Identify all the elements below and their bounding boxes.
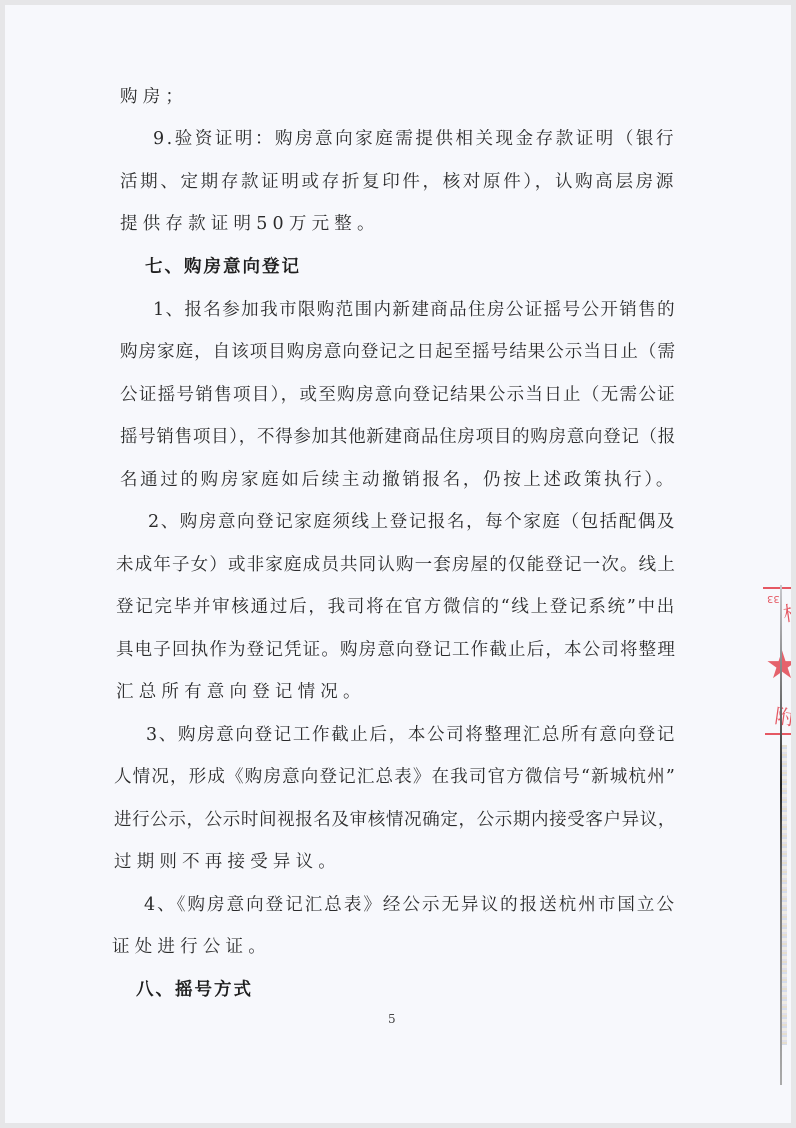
section-heading: 七、购房意向登记 (145, 253, 301, 278)
page-number: 5 (388, 1012, 396, 1026)
paragraph-line: 4、《购房意向登记汇总表》经公示无异议的报送杭州市国立公 (144, 891, 676, 916)
stamp-border-top (763, 587, 791, 589)
paragraph-line: 2、购房意向登记家庭须线上登记报名，每个家庭（包括配偶及 (148, 508, 676, 533)
paragraph-line: 1、报名参加我市限购范围内新建商品住房公证摇号公开销售的 (153, 296, 676, 321)
paragraph-line: 登记完毕并审核通过后，我司将在官方微信的“线上登记系统”中出 (116, 593, 676, 618)
paragraph-line: 购房家庭，自该项目购房意向登记之日起至摇号结果公示当日止（需 (120, 338, 676, 363)
stamp-border-bottom (765, 733, 791, 735)
scan-edge-noise (782, 745, 787, 1045)
paragraph-line: 过期则不再接受异议。 (114, 848, 341, 873)
paragraph-line: 汇总所有意向登记情况。 (116, 678, 366, 703)
paragraph-line: 购房； (120, 83, 188, 108)
star-icon: ★ (765, 643, 791, 687)
stamp-char-top: 杭 (781, 596, 791, 628)
red-seal-stamp: 33 杭 ★ 附 (763, 583, 791, 749)
stamp-code: 33 (767, 593, 780, 604)
paragraph-line: 提供存款证明50万元整。 (120, 210, 380, 235)
section-heading: 八、摇号方式 (136, 976, 253, 1001)
paragraph-line: 9.验资证明：购房意向家庭需提供相关现金存款证明（银行 (153, 125, 676, 150)
stamp-char-bottom: 附 (773, 700, 791, 732)
paragraph-line: 人情况，形成《购房意向登记汇总表》在我司官方微信号“新城杭州” (114, 763, 676, 788)
paragraph-line: 活期、定期存款证明或存折复印件，核对原件），认购高层房源 (120, 168, 676, 193)
paragraph-line: 摇号销售项目），不得参加其他新建商品住房项目的购房意向登记（报 (120, 423, 676, 448)
document-page: 购房；9.验资证明：购房意向家庭需提供相关现金存款证明（银行活期、定期存款证明或… (5, 5, 791, 1123)
paragraph-line: 名通过的购房家庭如后续主动撤销报名，仍按上述政策执行）。 (120, 466, 676, 491)
paragraph-line: 进行公示，公示时间视报名及审核情况确定，公示期内接受客户异议， (114, 806, 676, 831)
paragraph-line: 具电子回执作为登记凭证。购房意向登记工作截止后，本公司将整理 (116, 636, 676, 661)
paragraph-line: 公证摇号销售项目），或至购房意向登记结果公示当日止（无需公证 (120, 381, 676, 406)
paragraph-line: 未成年子女）或非家庭成员共同认购一套房屋的仅能登记一次。线上 (116, 551, 676, 576)
paragraph-line: 3、购房意向登记工作截止后，本公司将整理汇总所有意向登记 (146, 721, 676, 746)
paragraph-line: 证处进行公证。 (112, 933, 271, 958)
